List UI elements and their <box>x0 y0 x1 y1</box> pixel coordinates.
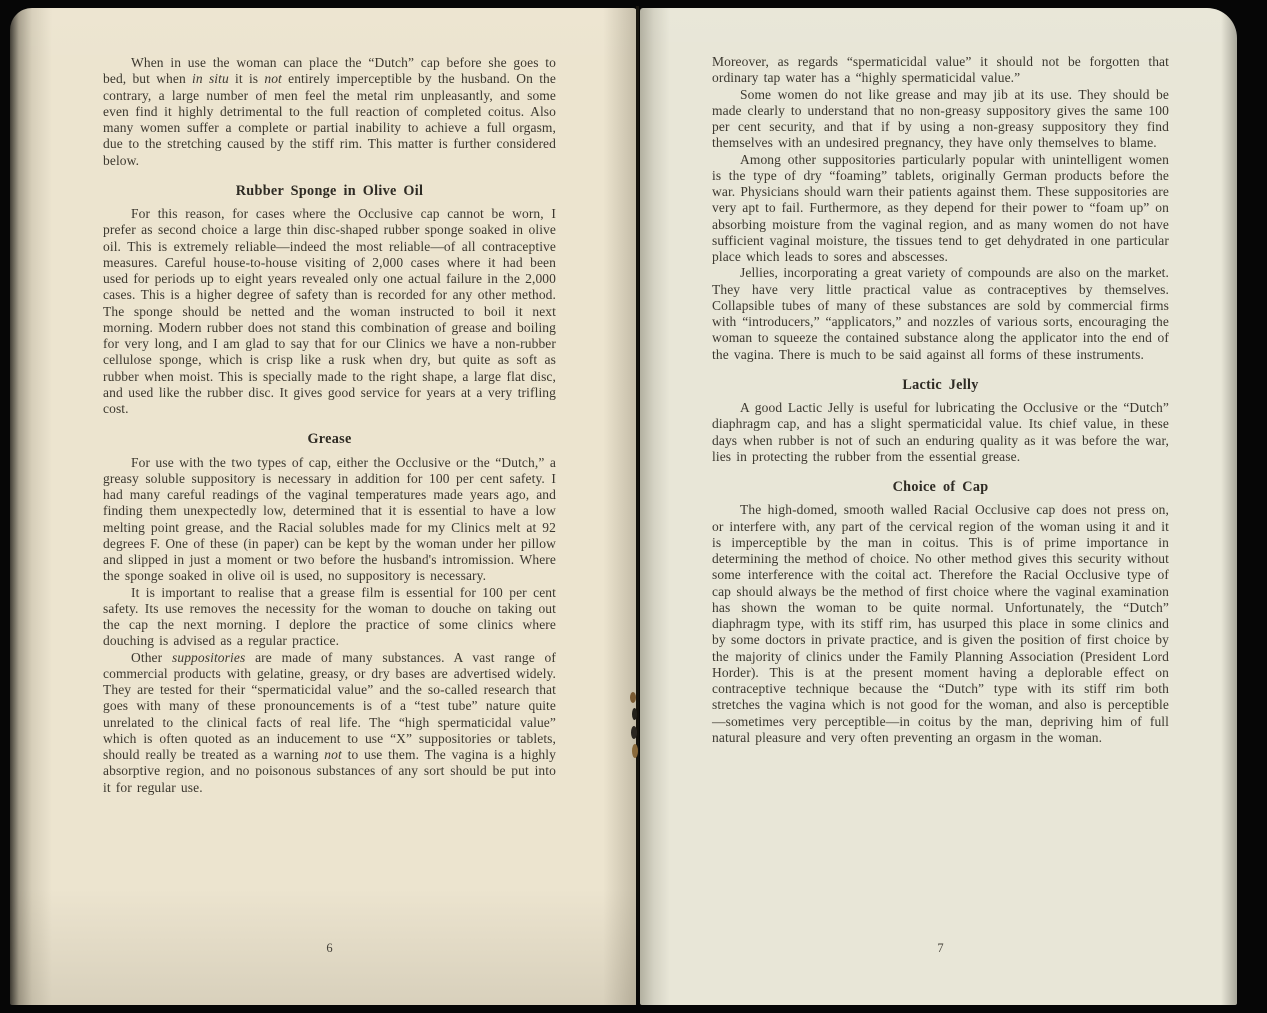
body-paragraph: For use with the two types of cap, eithe… <box>103 455 556 585</box>
section-heading: Choice of Cap <box>712 479 1169 495</box>
page-number-right: 7 <box>712 941 1169 956</box>
binding-stitch-mark <box>631 726 637 739</box>
right-page-text-column: Moreover, as regards “spermaticidal valu… <box>712 54 1169 746</box>
body-paragraph: It is important to realise that a grease… <box>103 585 556 650</box>
body-paragraph: Other suppositories are made of many sub… <box>103 650 556 796</box>
body-paragraph: For this reason, for cases where the Occ… <box>103 206 556 417</box>
book-page-right: Moreover, as regards “spermaticidal valu… <box>640 8 1237 1005</box>
body-paragraph: When in use the woman can place the “Dut… <box>103 55 556 169</box>
binding-stitch-mark <box>632 708 637 720</box>
binding-stitch-mark <box>630 692 636 703</box>
page-number-left: 6 <box>103 941 556 956</box>
body-paragraph: Jellies, incorporating a great variety o… <box>712 265 1169 363</box>
book-page-left: When in use the woman can place the “Dut… <box>10 8 637 1005</box>
body-paragraph: Among other suppositories particularly p… <box>712 152 1169 266</box>
body-paragraph: Some women do not like grease and may ji… <box>712 87 1169 152</box>
body-paragraph: A good Lactic Jelly is useful for lubric… <box>712 400 1169 465</box>
section-heading: Grease <box>103 431 556 447</box>
book-gutter <box>636 6 639 1007</box>
section-heading: Lactic Jelly <box>712 377 1169 393</box>
binding-stitch-mark <box>632 744 638 758</box>
section-heading: Rubber Sponge in Olive Oil <box>103 183 556 199</box>
book-spread: When in use the woman can place the “Dut… <box>0 0 1267 1013</box>
body-paragraph: The high-domed, smooth walled Racial Occ… <box>712 502 1169 746</box>
body-paragraph: Moreover, as regards “spermaticidal valu… <box>712 54 1169 87</box>
left-page-text-column: When in use the woman can place the “Dut… <box>103 55 556 796</box>
